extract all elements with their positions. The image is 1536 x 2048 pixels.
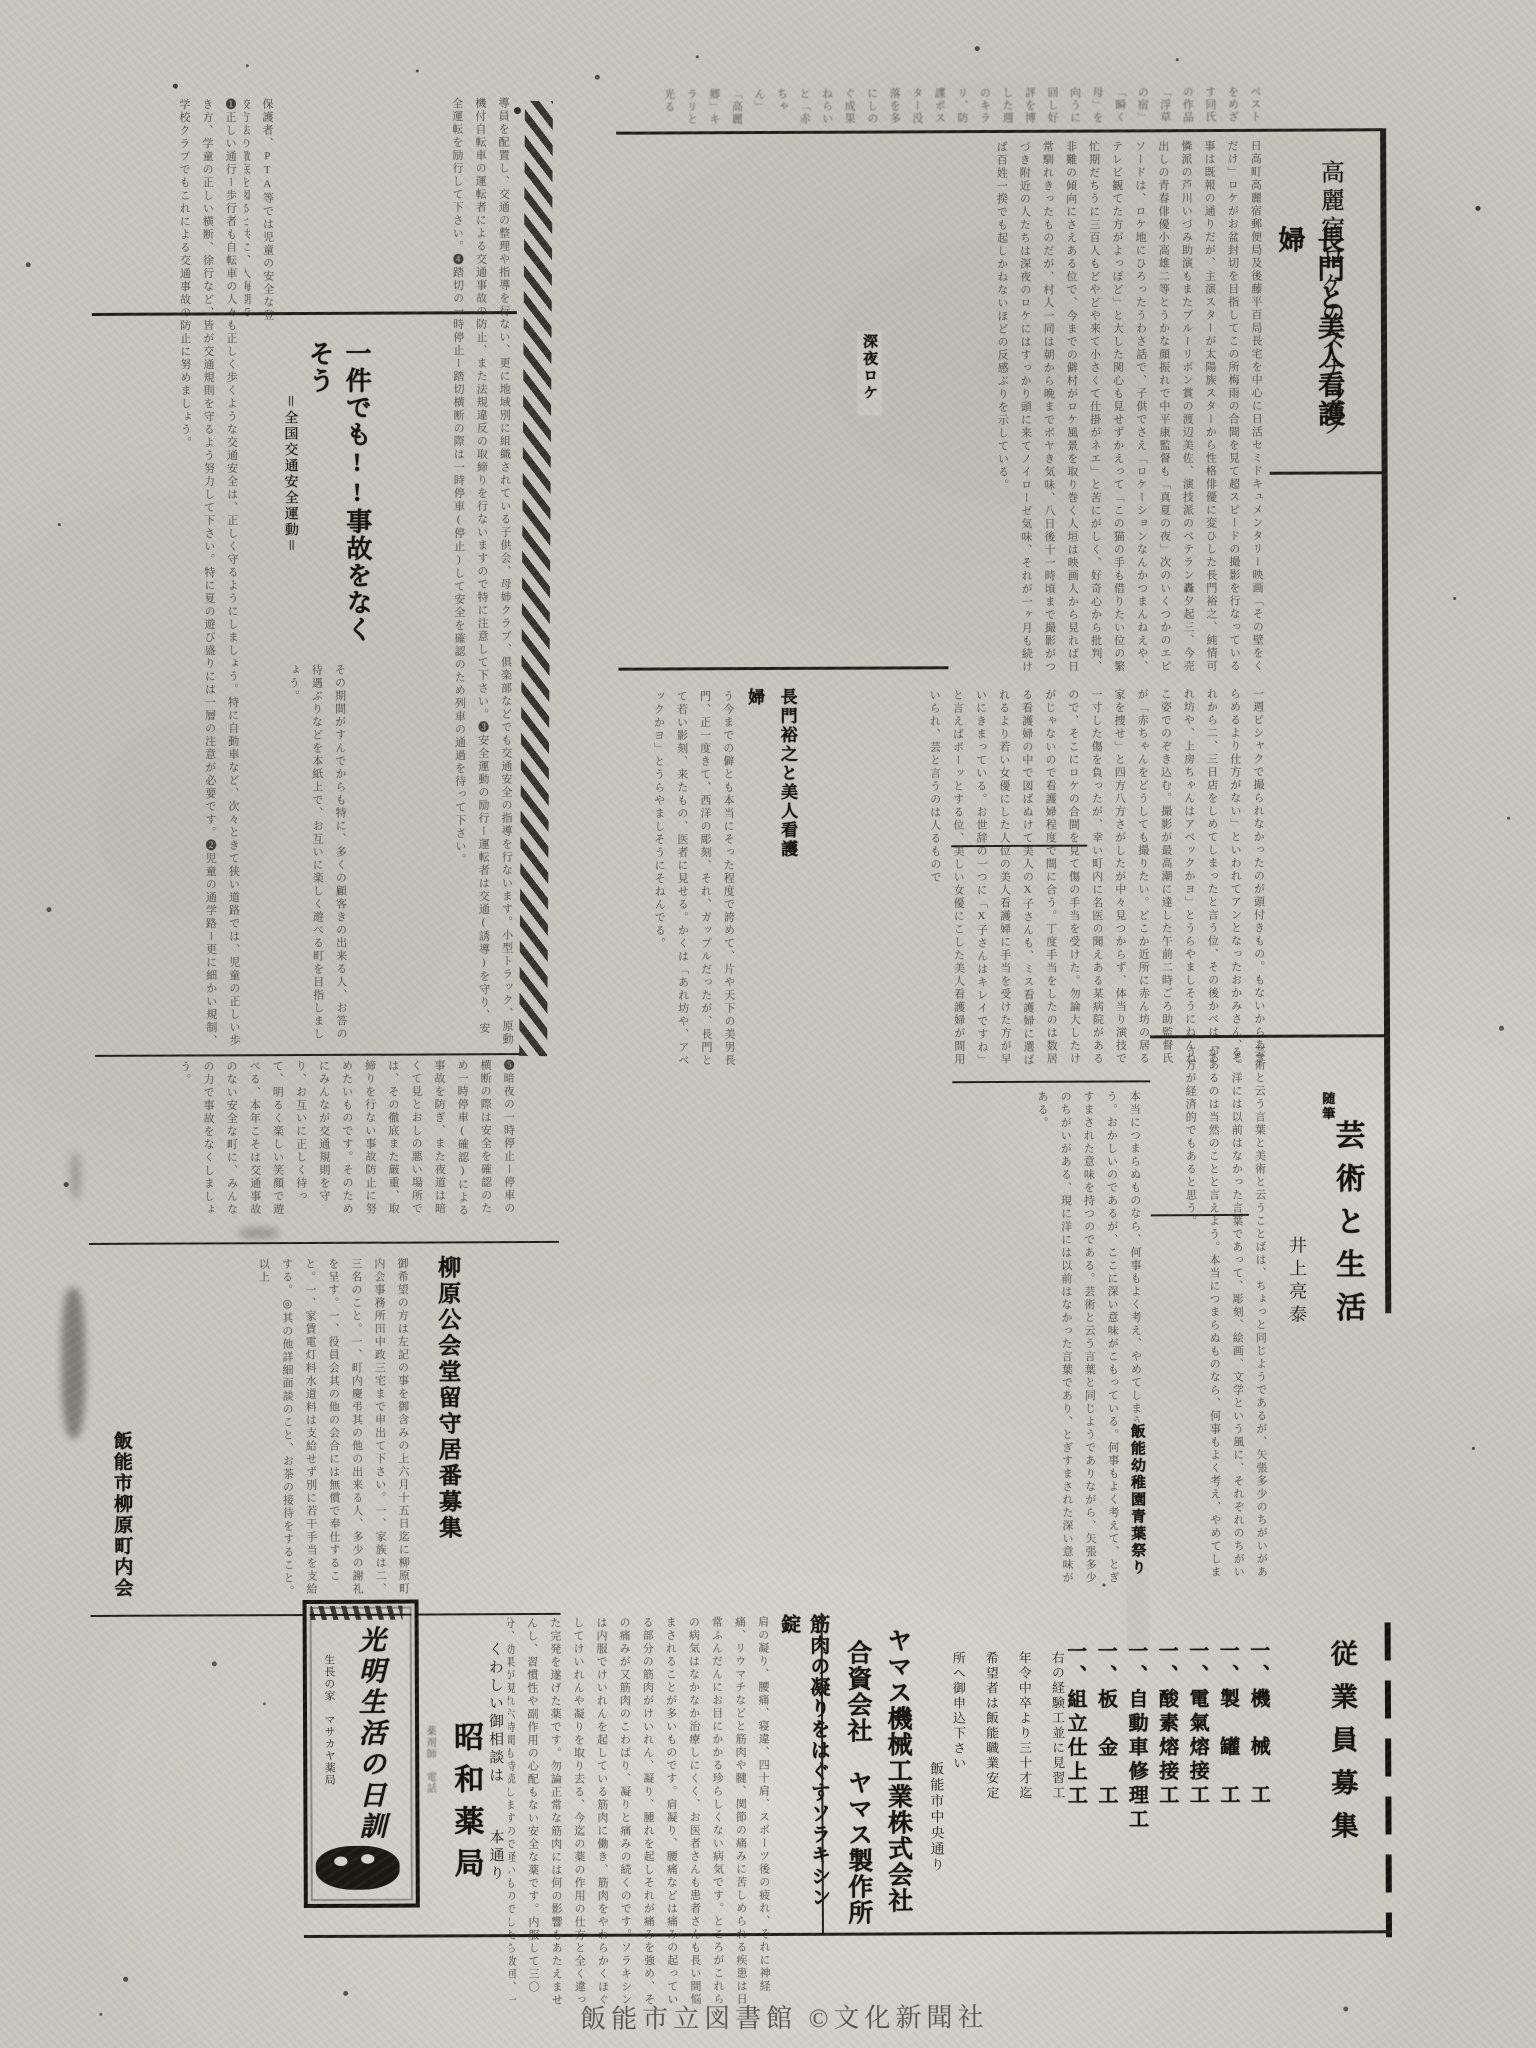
- movie-article-body: う今までの僻とも本当にそった程度で誇めて、片や天下の美男長門、正一度きて、西洋の…: [557, 690, 741, 1079]
- komyo-ad-duck-drawing: [316, 1846, 400, 1890]
- traffic-body: その期間がすんでからも特に、多くの顧客きの出来る人、お答の待遇ぶりなどを本紙上で…: [246, 664, 352, 1048]
- list-item: 一、製 罐 工: [1213, 1640, 1243, 1940]
- divider-rule: [952, 1080, 1150, 1083]
- traffic-body: ❶正しい通行ー歩行者も自転車の人々も正しく歩くような交通安全は、正しく守るように…: [91, 98, 245, 1049]
- jobs-ad-company-1: ヤマス機械工業株式会社: [879, 1627, 916, 1957]
- scan-content: ベストをめざす同氏の作品「浮草の宿」「瞬く母」を向うに回し好評を博した週のキラリ…: [0, 0, 1536, 2048]
- list-item: 一、酸素熔接工: [1152, 1640, 1182, 1940]
- essay-author: 井上亮泰: [1284, 1236, 1310, 1348]
- kindergarten-festival-notice: 飯能幼稚園青葉祭り: [1126, 1422, 1150, 1649]
- showa-ad-location: 本通り: [486, 1829, 507, 1899]
- library-stamp-caption: 飯能市立図書館 ©文化新聞社: [544, 1997, 1024, 2036]
- divider-rule: [89, 1241, 559, 1245]
- list-item: 年令中卒より三十才迄: [1015, 1651, 1035, 1881]
- divider-rule: [616, 128, 1382, 134]
- list-item: 一、電氣熔接工: [1183, 1640, 1213, 1940]
- list-item: 所へ御申込下さい: [949, 1651, 969, 1881]
- komyo-ad-ornament-top: [311, 1606, 403, 1620]
- notice-signature: 飯能市柳原町内会: [108, 1431, 136, 1617]
- list-item: 一、自動車修理工: [1122, 1640, 1152, 1940]
- list-item: 希望者は飯能職業安定: [982, 1651, 1002, 1881]
- traffic-body: ❺暗夜の一時停止ー停車の横断の際は安全を確認のため一時停車(確認)による事故を防…: [95, 1059, 520, 1229]
- jobs-ad-address: 飯能市中央通り: [925, 1761, 946, 1891]
- showa-ad-contact: くわしい御相談は: [485, 1641, 507, 1811]
- movie-article-top-strip: ベストをめざす同氏の作品「浮草の宿」「瞬く母」を向うに回し好評を博した週のキラリ…: [554, 86, 1266, 129]
- essay-body: 本当につまらぬものなら、何事もよく考え、やめてしまう方が経済的でもあると思う。お…: [955, 1090, 1147, 1591]
- komyo-ad-box: 光明生活の日訓 生長の家 マサカヤ薬局: [303, 1600, 420, 1909]
- movie-section-label: 深夜ロケ: [857, 331, 882, 415]
- hatched-divider: [519, 101, 553, 1056]
- divider-rule: [95, 1053, 520, 1057]
- essay-title: 芸術と生活: [1324, 1119, 1369, 1334]
- essay-body: 芸術と云う言葉と美術と云うことばは、ちょっと同じようであるが、矢張多少のちがいが…: [1152, 1046, 1272, 1592]
- scan-smudge: [239, 1228, 279, 1238]
- showa-ad-name: 昭和薬局: [443, 1721, 488, 1941]
- jobs-ad-positions: 一、機 械 工一、製 罐 工一、電氣熔接工一、酸素熔接工一、自動車修理工一、板 …: [1061, 1640, 1274, 1941]
- list-item: 一、機 械 工: [1244, 1640, 1274, 1940]
- jobs-ad-company-2: 合資会社 ヤマス製作所: [839, 1640, 876, 1950]
- movie-article-headline: 長門と美人看護婦: [1271, 225, 1350, 455]
- traffic-body: 保護者、PTA等では児童の安全な登校方法の徹底を図ると共に、入梅期で一日中雨の降…: [244, 98, 279, 328]
- jobs-ad-title: 従業員募集: [1323, 1639, 1363, 1874]
- traffic-body: 導員を配置し、交通の整理や指導を行ない、更に地域別に組織されている子供会、母姉ク…: [354, 97, 518, 1048]
- notice-body: 御希望の方は左記の事を御含みの上六月十五日迄に柳原町内会事務所田中政三宅まで申出…: [151, 1258, 415, 1609]
- notice-heading: 柳原公会堂留守居番募集: [431, 1255, 465, 1595]
- komyo-ad-title: 光明生活の日訓: [351, 1626, 391, 1866]
- movie-article-body: 一週ピシャクで撮られなかったのが頭付きもの。もないからあきらめるより仕方がない」…: [807, 688, 1271, 1078]
- traffic-subheadline: ＝全国交通安全運動＝: [279, 394, 300, 649]
- scan-smudge: [61, 1288, 86, 1438]
- list-item: 一、組立仕上工: [1061, 1641, 1091, 1941]
- movie-article-subhead: 長門裕之と美人看護婦: [745, 688, 804, 870]
- showa-ad-small-print: 薬剤師 電話: [423, 1725, 440, 1925]
- newspaper-page: ベストをめざす同氏の作品「浮草の宿」「瞬く母」を向うに回し好評を博した週のキラリ…: [0, 0, 1536, 2048]
- list-item: 一、板 金 工: [1091, 1640, 1121, 1940]
- scan-smudge: [71, 1153, 81, 1199]
- page-right-border: [1380, 128, 1391, 1313]
- jobs-ad-conditions: 右の経験工並に見習工年令中卒より三十才迄希望者は飯能職業安定所へ御申込下さい: [949, 1651, 1068, 1882]
- soraxin-ad-headline: 筋肉の凝りをはぐすソラキシン錠: [775, 1614, 834, 1919]
- divider-rule: [1270, 471, 1384, 474]
- komyo-ad-subtitle: 生長の家 マサカヤ薬局: [321, 1654, 338, 1854]
- soraxin-ad-body: 肩の凝り、腰痛、寝違、四十肩、スポーツ後の疲れ、それに神経痛、リウマチなどと筋肉…: [508, 1616, 776, 2013]
- jobs-ad-right-dashed-border: [1385, 1622, 1392, 1937]
- movie-article-body: 日高町高麗宿郵便局及後藤平百局長宅を中心に日活セミドキュメンタリー映画「その壁を…: [554, 140, 1268, 683]
- divider-rule: [1150, 1034, 1388, 1038]
